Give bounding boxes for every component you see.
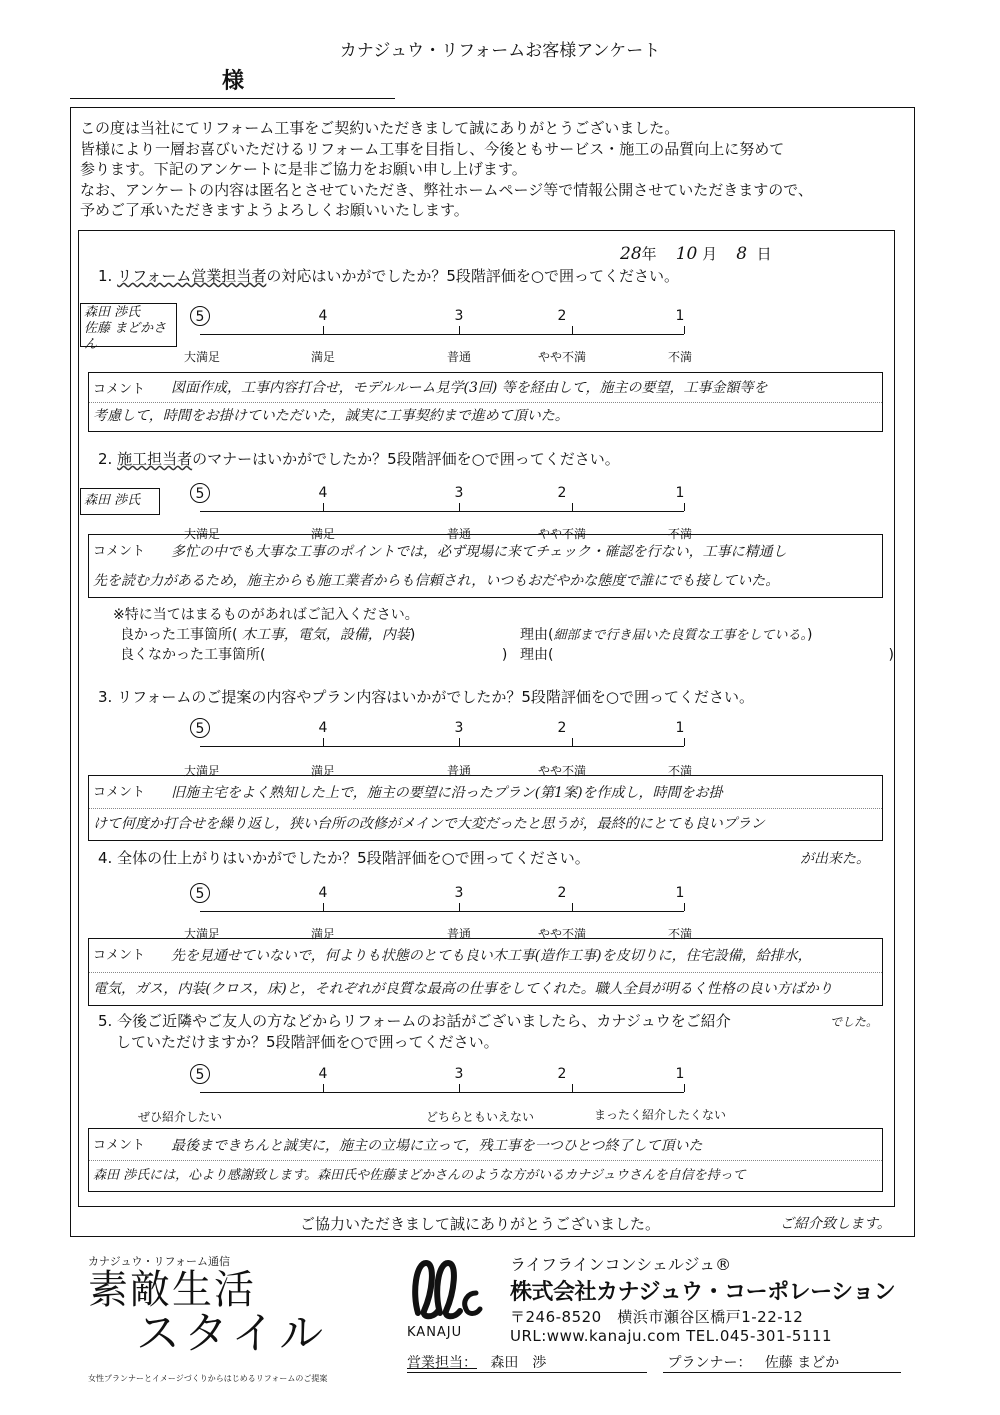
comment-line: 考慮して，時間をお掛けていただいた，誠実に工事契約まで進めて頂いた。 [93,402,878,430]
planner-name: 佐藤 まどか [765,1355,839,1371]
comment-box-q4[interactable]: コメント 先を見通せていないで，何よりも状態のとても良い木工事(造作工事)を皮切… [88,938,883,1006]
date-year: 28 [620,244,642,264]
comment-overflow: でした。 [830,1013,878,1030]
rating-scale-q1[interactable]: 5 4 3 2 1 大満足 満足 普通 やや不満 不満 [180,308,700,378]
intro-line: この度は当社にてリフォーム工事をご契約いただきまして誠にありがとうございました。 [80,118,910,139]
comment-box-q1[interactable]: コメント 図面作成，工事内容打合せ，モデルルーム見学(3回) 等を経由して，施主… [88,372,883,432]
good-areas-value: 木工事，電気，設備，内装 [242,624,410,644]
closing-thanks: ご協力いただきまして誠にありがとうございました。 [300,1213,660,1234]
good-reason-value: 細部まで行き届いた良質な工事をしている。 [553,628,807,643]
customer-honorific: 様 [222,64,244,95]
brand-tagline: 女性プランナーとイメージづくりからはじめるリフォームのご提案 [88,1373,327,1384]
selected-rating-circle[interactable]: 5 [190,483,210,503]
intro-line: 皆様により一層お喜びいただけるリフォーム工事を目指し、今後ともサービス・施工の品… [80,139,910,160]
good-areas-field[interactable]: 良かった工事箇所( 木工事，電気，設備，内装) [120,624,415,644]
company-address: 〒246-8520 横浜市瀬谷区橋戸1-22-12 [510,1306,895,1327]
bad-areas-field[interactable]: 良くなかった工事箇所( ) [120,644,507,664]
comment-overflow: が出来た。 [800,848,870,868]
question-5: 5. 今後ご近隣やご友人の方などからリフォームのお話がございましたら、カナジュウ… [98,1010,731,1031]
date-month: 10 [676,244,698,264]
survey-title: カナジュウ・リフォームお客様アンケート [0,36,1000,61]
special-note: ※特に当てはまるものがあればご記入ください。 [113,604,419,624]
date-day: 8 [736,244,747,264]
comment-overflow: ご紹介致します。 [780,1213,891,1233]
company-contact: URL:www.kanaju.com TEL.045-301-5111 [510,1327,895,1345]
planner-staff: プランナー： 佐藤 まどか [663,1352,901,1373]
comment-line: 先を読む力があるため，施主からも施工業者からも信頼され，いつもおだやかな態度で誰… [93,567,878,595]
question-5-continued: していただけますか？5段階評価を○で囲ってください。 [116,1031,499,1052]
comment-line: けて何度か打合せを繰り返し，狭い台所の改修がメインで大変だったと思うが，最終的に… [93,810,878,838]
question-3: 3. リフォームのご提案の内容やプラン内容はいかがでしたか？5段階評価を○で囲っ… [98,686,754,707]
selected-rating-circle[interactable]: 5 [190,883,210,903]
brand-subtitle: スタイル [136,1311,327,1357]
comment-box-q2[interactable]: コメント 多忙の中でも大事な工事のポイントでは，必ず現場に来てチェック・確認を行… [88,534,883,598]
comment-line: 電気，ガス，内装(クロス，床)と，それぞれが良質な最高の仕事をしてくれた。職人全… [93,975,878,1003]
question-2-subject: 施工担当者 [117,450,192,468]
question-1-subject: リフォーム営業担当者 [117,267,266,285]
comment-line: 先を見通せていないで，何よりも状態のとても良い木工事(造作工事)を皮切りに，住宅… [171,942,878,970]
company-slogan: ライフラインコンシェルジュ® [510,1252,895,1275]
bad-reason-field[interactable]: 理由() [520,644,894,664]
logo-wordmark: KANAJU [407,1325,462,1340]
comment-line: 図面作成，工事内容打合せ，モデルルーム見学(3回) 等を経由して，施主の要望，工… [171,374,878,402]
staff-name-annotation: 森田 渉氏 佐藤 まどかさん [80,303,177,347]
question-4: 4. 全体の仕上がりはいかがでしたか？5段階評価を○で囲ってください。 [98,847,590,868]
comment-line: 多忙の中でも大事な工事のポイントでは，必ず現場に来てチェック・確認を行ない，工事… [171,538,878,566]
intro-line: 参ります。下記のアンケートに是非ご協力をお願い申し上げます。 [80,159,910,180]
staff-name-annotation: 森田 渉氏 [80,488,160,515]
comment-line: 旧施主宅をよく熟知した上で，施主の要望に沿ったプラン(第1案)を作成し，時間をお… [171,779,878,807]
brand-title: 素敵生活 [88,1269,327,1311]
good-reason-field[interactable]: 理由(細部まで行き届いた良質な工事をしている。) [520,624,812,644]
comment-line: 最後まできちんと誠実に，施主の立場に立って，残工事を一つひとつ終了して頂いた [171,1132,878,1160]
sales-staff-name: 森田 渉 [490,1355,546,1371]
intro-text: この度は当社にてリフォーム工事をご契約いただきまして誠にありがとうございました。… [80,118,910,221]
sales-staff: 営業担当： 森田 渉 [407,1352,647,1373]
question-2: 2. 施工担当者のマナーはいかがでしたか？5段階評価を○で囲ってください。 [98,448,620,469]
comment-box-q5[interactable]: コメント 最後まできちんと誠実に，施主の立場に立って，残工事を一つひとつ終了して… [88,1128,883,1192]
selected-rating-circle[interactable]: 5 [190,1064,210,1084]
comment-line: 森田 渉氏には，心より感謝致します。森田氏や佐藤まどかさんのような方がいるカナジ… [93,1162,878,1190]
customer-name-line [70,98,395,99]
survey-date: 28年 10 月 8 日 [620,243,772,264]
selected-rating-circle[interactable]: 5 [190,306,210,326]
rating-scale-q5[interactable]: 5 4 3 2 1 ぜひ紹介したい どちらともいえない まったく紹介したくない [180,1066,700,1136]
intro-line: なお、アンケートの内容は匿名とさせていただき、弊社ホームページ等で情報公開させて… [80,180,910,201]
newsletter-brand: カナジュウ・リフォーム通信 素敵生活 スタイル 女性プランナーとイメージづくりか… [88,1253,327,1384]
question-1: 1. リフォーム営業担当者の対応はいかがでしたか？5段階評価を○で囲ってください… [98,265,679,286]
selected-rating-circle[interactable]: 5 [190,718,210,738]
intro-line: 予めご了承いただきますようよろしくお願いいたします。 [80,200,910,221]
company-name: 株式会社カナジュウ・コーポレーション [510,1275,895,1306]
kanaju-logo-icon [410,1253,490,1325]
comment-box-q3[interactable]: コメント 旧施主宅をよく熟知した上で，施主の要望に沿ったプラン(第1案)を作成し… [88,775,883,841]
company-info: ライフラインコンシェルジュ® 株式会社カナジュウ・コーポレーション 〒246-8… [510,1252,895,1345]
